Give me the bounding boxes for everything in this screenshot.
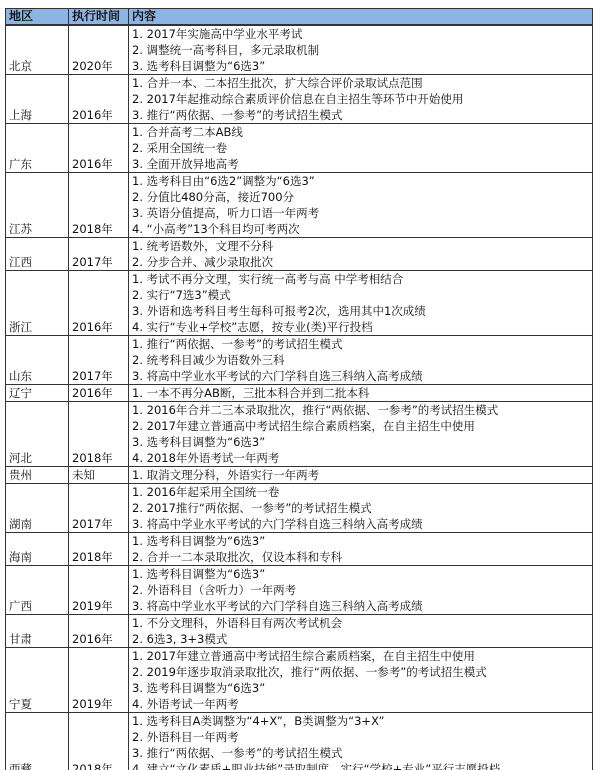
time-cell: 未知 xyxy=(69,467,129,484)
content-line: 2. 2017推行“两依据、一参考”的考试招生模式 xyxy=(132,500,589,516)
table-row: 甘肃2016年1. 不分文理科，外语科目有两次考试机会2. 6选3, 3+3模式 xyxy=(6,615,593,648)
table-row: 北京2020年1. 2017年实施高中学业水平考试2. 调整统一高考科目，多元录… xyxy=(6,25,593,75)
region-cell: 北京 xyxy=(6,25,69,75)
content-line: 3. 选考科目调整为“6选3” xyxy=(132,434,589,450)
time-cell: 2016年 xyxy=(69,124,129,173)
content-line: 3. 选考科目调整为“6选3” xyxy=(132,680,589,696)
table-row: 江西2017年1. 统考语数外，文理不分科2. 分步合并、减少录取批次 xyxy=(6,238,593,271)
time-cell: 2019年 xyxy=(69,648,129,713)
time-cell: 2016年 xyxy=(69,75,129,124)
content-line: 1. 2017年建立普通高中考试招生综合素质档案，在自主招生中使用 xyxy=(132,648,589,664)
content-line: 3. 推行“两依据、一参考”的考试招生模式 xyxy=(132,107,589,123)
content-line: 3. 外语和选考科目考生每科可报考2次，选用其中1次成绩 xyxy=(132,303,589,319)
region-cell: 广东 xyxy=(6,124,69,173)
content-line: 1. 2016年起采用全国统一卷 xyxy=(132,484,589,500)
content-line: 2. 外语科目（含听力）一年两考 xyxy=(132,582,589,598)
content-line: 2. 2017年起推动综合素质评价信息在自主招生等环节中开始使用 xyxy=(132,91,589,107)
content-cell: 1. 统考语数外，文理不分科2. 分步合并、减少录取批次 xyxy=(129,238,593,271)
content-line: 1. 统考语数外，文理不分科 xyxy=(132,238,589,254)
content-line: 4. 实行“专业+学校”志愿，按专业(类)平行投档 xyxy=(132,319,589,335)
region-cell: 江西 xyxy=(6,238,69,271)
content-cell: 1. 选考科目调整为“6选3”2. 合并一二本录取批次，仅设本科和专科 xyxy=(129,533,593,566)
content-line: 1. 合并高考二本AB线 xyxy=(132,124,589,140)
content-line: 2. 采用全国统一卷 xyxy=(132,140,589,156)
region-cell: 广西 xyxy=(6,566,69,615)
content-line: 4. 2018年外语考试一年两考 xyxy=(132,450,589,466)
content-line: 2. 2019年逐步取消录取批次，推行“两依据、一参考”的考试招生模式 xyxy=(132,664,589,680)
content-line: 1. 2016年合并二三本录取批次，推行“两依据、一参考”的考试招生模式 xyxy=(132,402,589,418)
content-cell: 1. 2016年起采用全国统一卷2. 2017推行“两依据、一参考”的考试招生模… xyxy=(129,484,593,533)
region-cell: 海南 xyxy=(6,533,69,566)
content-line: 2. 6选3, 3+3模式 xyxy=(132,631,589,647)
content-cell: 1. 选考科目调整为“6选3”2. 外语科目（含听力）一年两考3. 将高中学业水… xyxy=(129,566,593,615)
table-row: 江苏2018年1. 选考科目由“6选2”调整为“6选3”2. 分值比480分高，… xyxy=(6,173,593,238)
content-line: 3. 将高中学业水平考试的六门学科自选三科纳入高考成绩 xyxy=(132,368,589,384)
content-line: 2. 合并一二本录取批次，仅设本科和专科 xyxy=(132,549,589,565)
content-cell: 1. 一本不再分AB断，三批本科合并到二批本科 xyxy=(129,385,593,402)
time-cell: 2017年 xyxy=(69,336,129,385)
time-cell: 2017年 xyxy=(69,238,129,271)
header-time: 执行时间 xyxy=(69,9,129,26)
content-line: 3. 选考科目调整为“6选3” xyxy=(132,58,589,74)
content-cell: 1. 2017年实施高中学业水平考试2. 调整统一高考科目，多元录取机制3. 选… xyxy=(129,25,593,75)
content-line: 1. 一本不再分AB断，三批本科合并到二批本科 xyxy=(132,385,589,401)
region-cell: 宁夏 xyxy=(6,648,69,713)
table-row: 河北2018年1. 2016年合并二三本录取批次，推行“两依据、一参考”的考试招… xyxy=(6,402,593,467)
content-line: 3. 英语分值提高，听力口语一年两考 xyxy=(132,205,589,221)
content-line: 2. 2017年建立普通高中考试招生综合素质档案，在自主招生中使用 xyxy=(132,418,589,434)
time-cell: 2019年 xyxy=(69,566,129,615)
content-line: 3. 将高中学业水平考试的六门学科自选三科纳入高考成绩 xyxy=(132,598,589,614)
content-line: 3. 全面开放异地高考 xyxy=(132,156,589,172)
time-cell: 2016年 xyxy=(69,271,129,336)
time-cell: 2018年 xyxy=(69,713,129,770)
content-line: 2. 外语科目一年两考 xyxy=(132,729,589,745)
gaokao-reform-table: 地区 执行时间 内容 北京2020年1. 2017年实施高中学业水平考试2. 调… xyxy=(5,8,593,770)
content-cell: 1. 2016年合并二三本录取批次，推行“两依据、一参考”的考试招生模式2. 2… xyxy=(129,402,593,467)
table-row: 贵州未知1. 取消文理分科，外语实行一年两考 xyxy=(6,467,593,484)
content-cell: 1. 不分文理科，外语科目有两次考试机会2. 6选3, 3+3模式 xyxy=(129,615,593,648)
content-cell: 1. 选考科目A类调整为“4+X”，B类调整为“3+X”2. 外语科目一年两考3… xyxy=(129,713,593,770)
content-line: 2. 分值比480分高，接近700分 xyxy=(132,189,589,205)
table-row: 辽宁2016年1. 一本不再分AB断，三批本科合并到二批本科 xyxy=(6,385,593,402)
content-line: 2. 调整统一高考科目，多元录取机制 xyxy=(132,42,589,58)
content-line: 1. 合并一本、二本招生批次，扩大综合评价录取试点范围 xyxy=(132,75,589,91)
table-row: 山东2017年1. 推行“两依据、一参考”的考试招生模式2. 统考科目减少为语数… xyxy=(6,336,593,385)
content-cell: 1. 取消文理分科，外语实行一年两考 xyxy=(129,467,593,484)
region-cell: 浙江 xyxy=(6,271,69,336)
content-line: 3. 将高中学业水平考试的六门学科自选三科纳入高考成绩 xyxy=(132,516,589,532)
content-line: 1. 取消文理分科，外语实行一年两考 xyxy=(132,467,589,483)
table-row: 浙江2016年1. 考试不再分文理，实行统一高考与高 中学考相结合2. 实行“7… xyxy=(6,271,593,336)
table-row: 海南2018年1. 选考科目调整为“6选3”2. 合并一二本录取批次，仅设本科和… xyxy=(6,533,593,566)
table-row: 上海2016年1. 合并一本、二本招生批次，扩大综合评价录取试点范围2. 201… xyxy=(6,75,593,124)
region-cell: 辽宁 xyxy=(6,385,69,402)
time-cell: 2016年 xyxy=(69,385,129,402)
time-cell: 2018年 xyxy=(69,533,129,566)
region-cell: 甘肃 xyxy=(6,615,69,648)
content-line: 1. 2017年实施高中学业水平考试 xyxy=(132,26,589,42)
content-line: 1. 选考科目调整为“6选3” xyxy=(132,566,589,582)
content-cell: 1. 2017年建立普通高中考试招生综合素质档案，在自主招生中使用2. 2019… xyxy=(129,648,593,713)
content-line: 1. 不分文理科，外语科目有两次考试机会 xyxy=(132,615,589,631)
content-line: 1. 选考科目由“6选2”调整为“6选3” xyxy=(132,173,589,189)
content-cell: 1. 合并一本、二本招生批次，扩大综合评价录取试点范围2. 2017年起推动综合… xyxy=(129,75,593,124)
table-row: 宁夏2019年1. 2017年建立普通高中考试招生综合素质档案，在自主招生中使用… xyxy=(6,648,593,713)
content-line: 2. 分步合并、减少录取批次 xyxy=(132,254,589,270)
content-line: 1. 考试不再分文理，实行统一高考与高 中学考相结合 xyxy=(132,271,589,287)
content-line: 2. 实行“7选3”模式 xyxy=(132,287,589,303)
time-cell: 2017年 xyxy=(69,484,129,533)
content-cell: 1. 考试不再分文理，实行统一高考与高 中学考相结合2. 实行“7选3”模式3.… xyxy=(129,271,593,336)
time-cell: 2018年 xyxy=(69,402,129,467)
time-cell: 2016年 xyxy=(69,615,129,648)
region-cell: 湖南 xyxy=(6,484,69,533)
header-region: 地区 xyxy=(6,9,69,26)
content-line: 4. 外语考试一年两考 xyxy=(132,696,589,712)
content-line: 3. 推行“两依据、一参考”的考试招生模式 xyxy=(132,745,589,761)
table-row: 广东2016年1. 合并高考二本AB线2. 采用全国统一卷3. 全面开放异地高考 xyxy=(6,124,593,173)
region-cell: 贵州 xyxy=(6,467,69,484)
region-cell: 河北 xyxy=(6,402,69,467)
header-row: 地区 执行时间 内容 xyxy=(6,9,593,26)
content-cell: 1. 合并高考二本AB线2. 采用全国统一卷3. 全面开放异地高考 xyxy=(129,124,593,173)
region-cell: 山东 xyxy=(6,336,69,385)
content-cell: 1. 推行“两依据、一参考”的考试招生模式2. 统考科目减少为语数外三科3. 将… xyxy=(129,336,593,385)
time-cell: 2018年 xyxy=(69,173,129,238)
header-content: 内容 xyxy=(129,9,593,26)
content-line: 1. 推行“两依据、一参考”的考试招生模式 xyxy=(132,336,589,352)
table-row: 西藏2018年1. 选考科目A类调整为“4+X”，B类调整为“3+X”2. 外语… xyxy=(6,713,593,770)
time-cell: 2020年 xyxy=(69,25,129,75)
table-row: 湖南2017年1. 2016年起采用全国统一卷2. 2017推行“两依据、一参考… xyxy=(6,484,593,533)
content-line: 1. 选考科目A类调整为“4+X”，B类调整为“3+X” xyxy=(132,713,589,729)
region-cell: 西藏 xyxy=(6,713,69,770)
content-line: 4. “小高考”13个科目均可考两次 xyxy=(132,221,589,237)
region-cell: 上海 xyxy=(6,75,69,124)
content-line: 4. 建立“文化素质+职业技能”录取制度，实行“学校+专业”平行志愿投档 xyxy=(132,761,589,770)
region-cell: 江苏 xyxy=(6,173,69,238)
content-line: 2. 统考科目减少为语数外三科 xyxy=(132,352,589,368)
table-row: 广西2019年1. 选考科目调整为“6选3”2. 外语科目（含听力）一年两考3.… xyxy=(6,566,593,615)
content-cell: 1. 选考科目由“6选2”调整为“6选3”2. 分值比480分高，接近700分3… xyxy=(129,173,593,238)
content-line: 1. 选考科目调整为“6选3” xyxy=(132,533,589,549)
